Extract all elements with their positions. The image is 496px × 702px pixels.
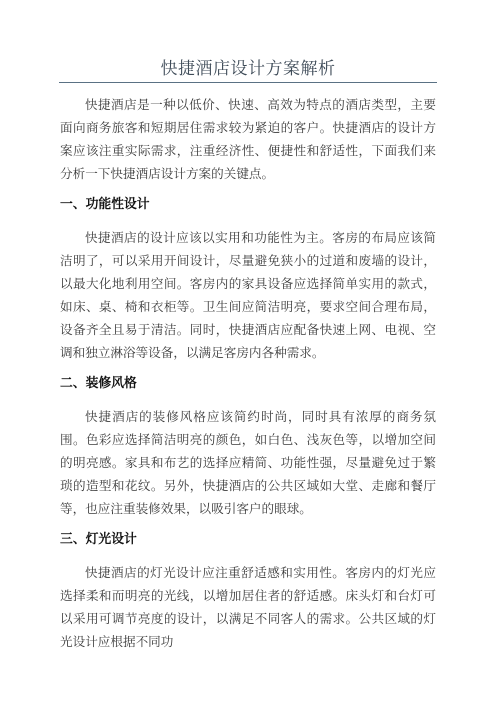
section-paragraph-functional-design: 快捷酒店的设计应该以实用和功能性为主。客房的布局应该简洁明了，可以采用开间设计，… (60, 226, 436, 364)
section-heading-decoration-style: 二、装修风格 (60, 373, 436, 395)
document-body: 快捷酒店是一种以低价、快速、高效为特点的酒店类型，主要面向商务旅客和短期居住需求… (60, 93, 436, 653)
section-paragraph-lighting-design: 快捷酒店的灯光设计应注重舒适感和实用性。客房内的灯光应选择柔和而明亮的光线，以增… (60, 561, 436, 653)
document-page: 快捷酒店设计方案解析 快捷酒店是一种以低价、快速、高效为特点的酒店类型，主要面向… (0, 0, 496, 702)
section-heading-functional-design: 一、功能性设计 (60, 194, 436, 216)
section-paragraph-decoration-style: 快捷酒店的装修风格应该简约时尚，同时具有浓厚的商务氛围。色彩应选择简洁明亮的颜色… (60, 405, 436, 520)
section-heading-lighting-design: 三、灯光设计 (60, 529, 436, 551)
document-title: 快捷酒店设计方案解析 (59, 58, 437, 80)
intro-paragraph: 快捷酒店是一种以低价、快速、高效为特点的酒店类型，主要面向商务旅客和短期居住需求… (60, 93, 436, 185)
title-underline (59, 82, 437, 83)
